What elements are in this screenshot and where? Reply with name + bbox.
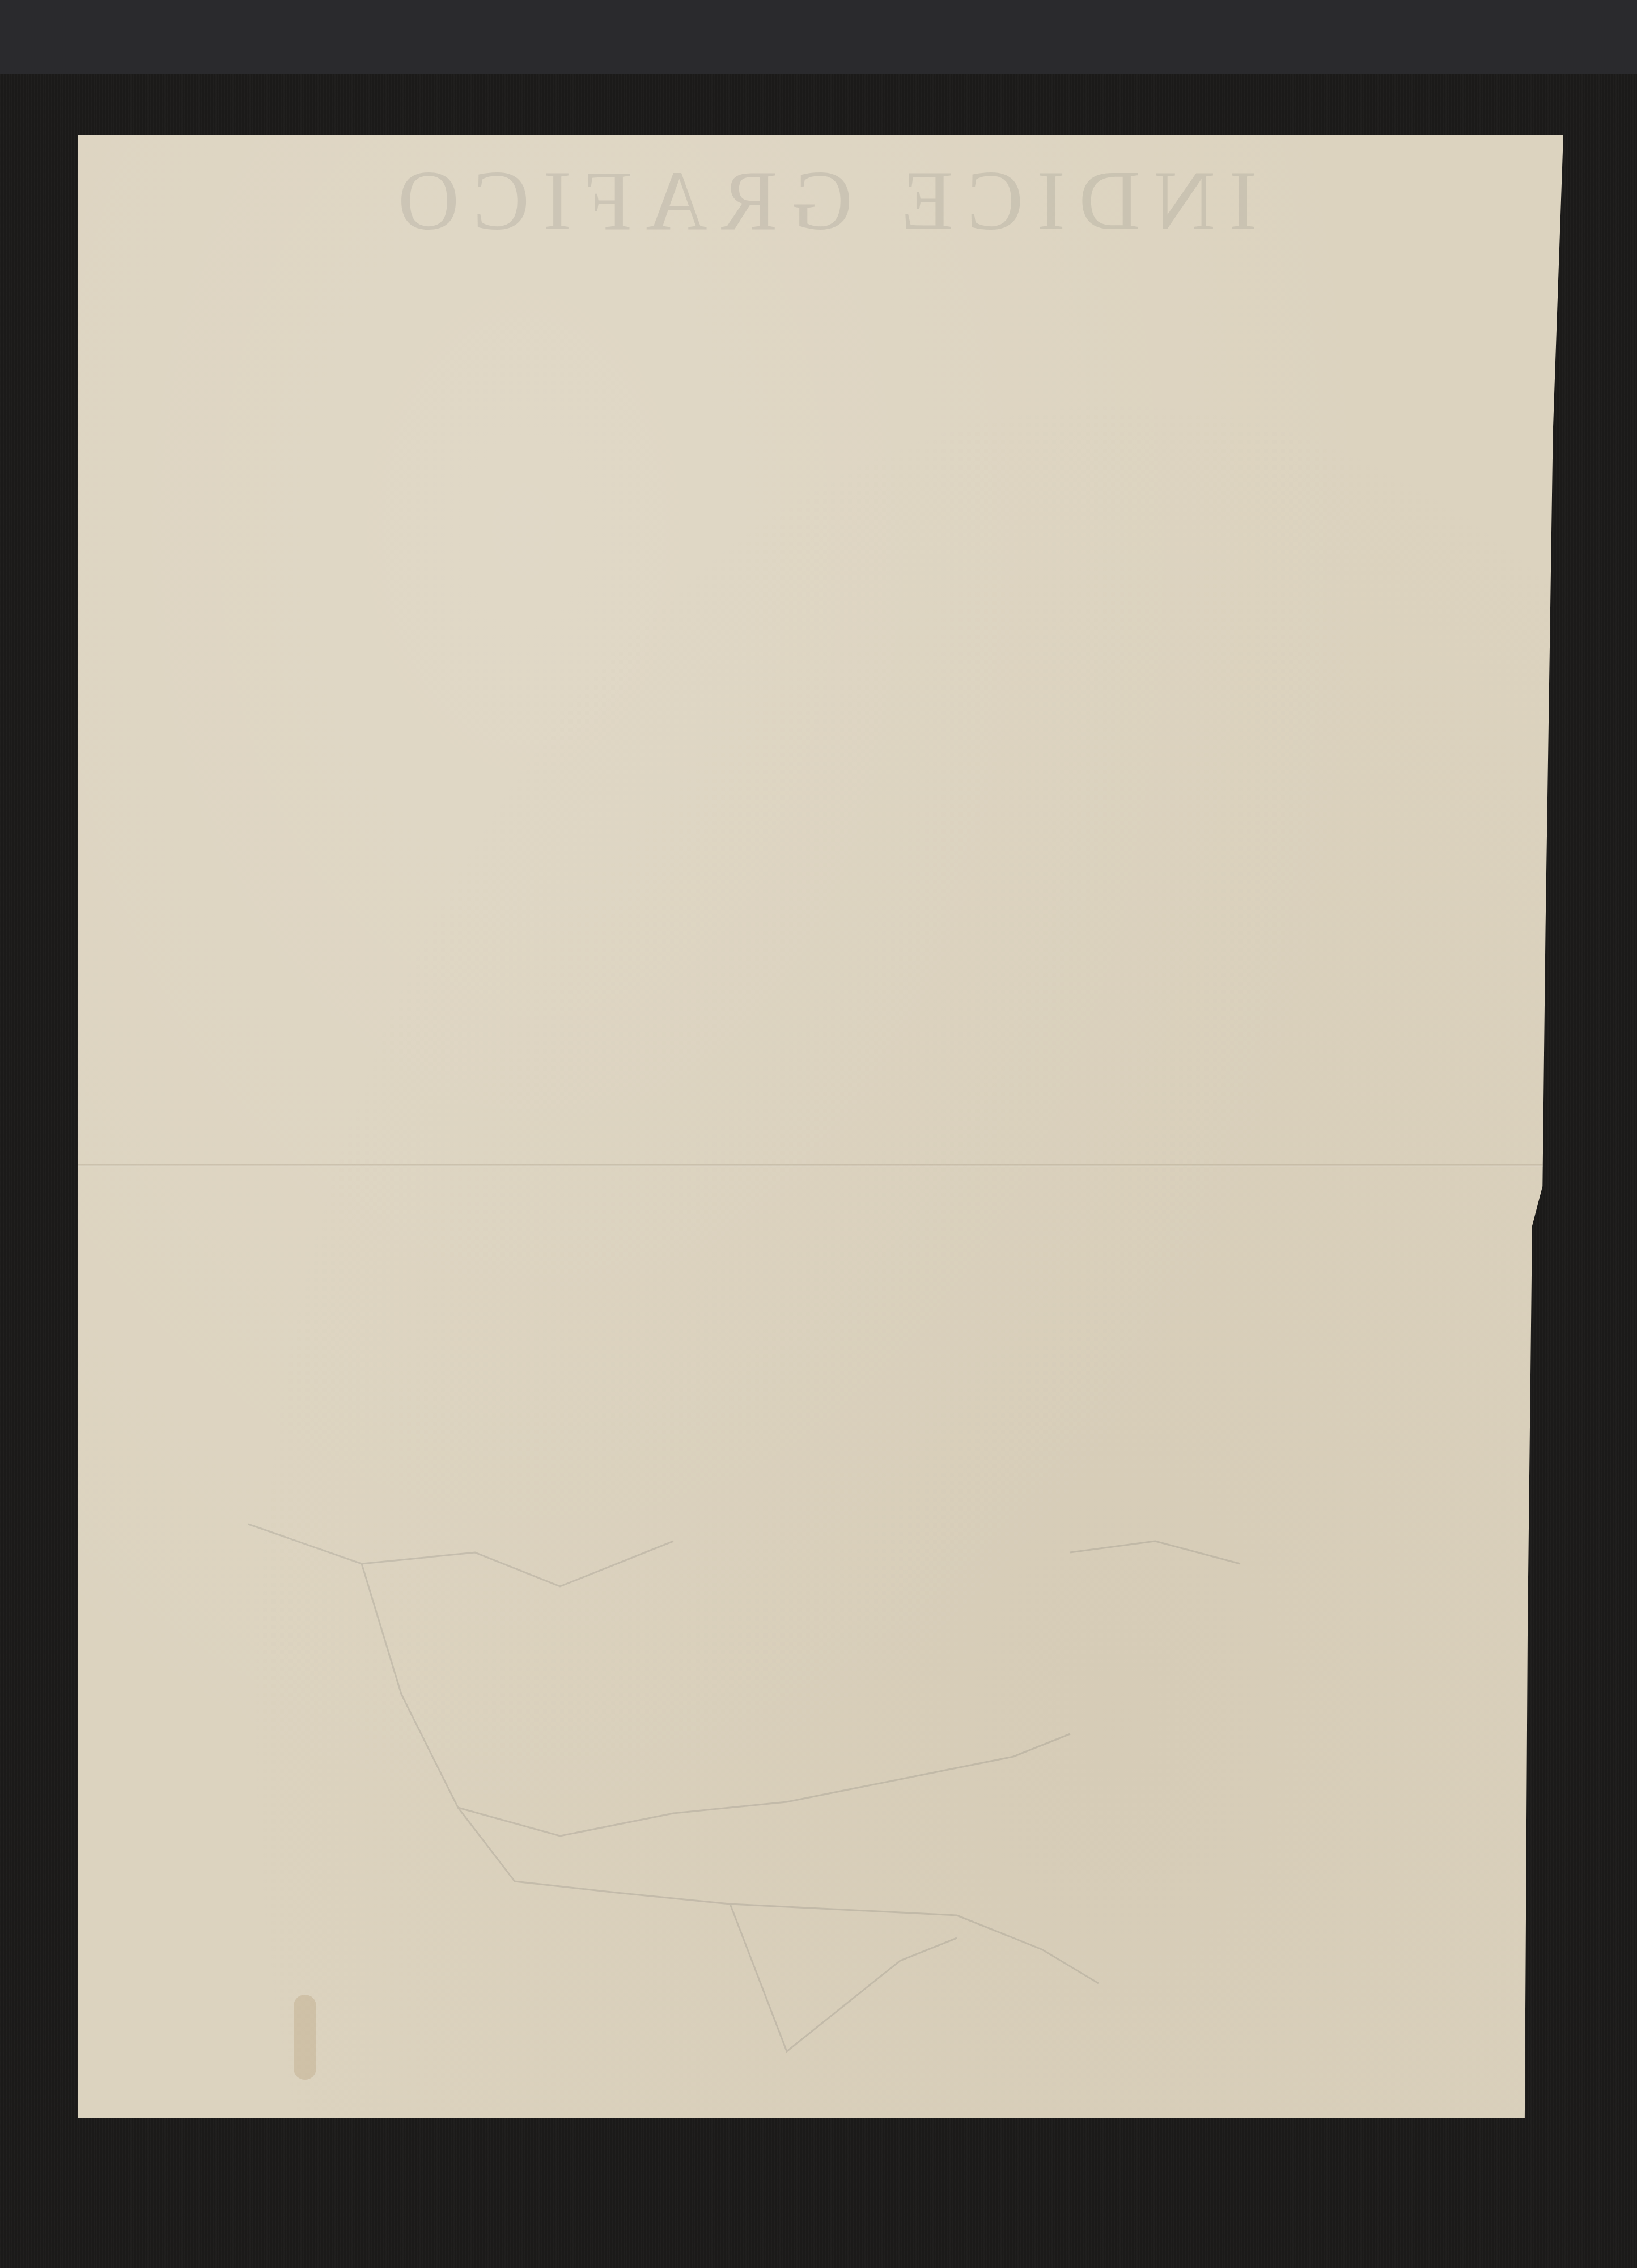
bleed-through-map-lines	[220, 1439, 1354, 2119]
fold-line	[78, 1164, 1563, 1167]
scanner-background-band	[0, 0, 1637, 74]
bleed-through-title: INDICE GRAFICO	[78, 152, 1563, 249]
paper-sheet: INDICE GRAFICO	[78, 135, 1563, 2118]
paper-stain	[294, 1995, 316, 2080]
